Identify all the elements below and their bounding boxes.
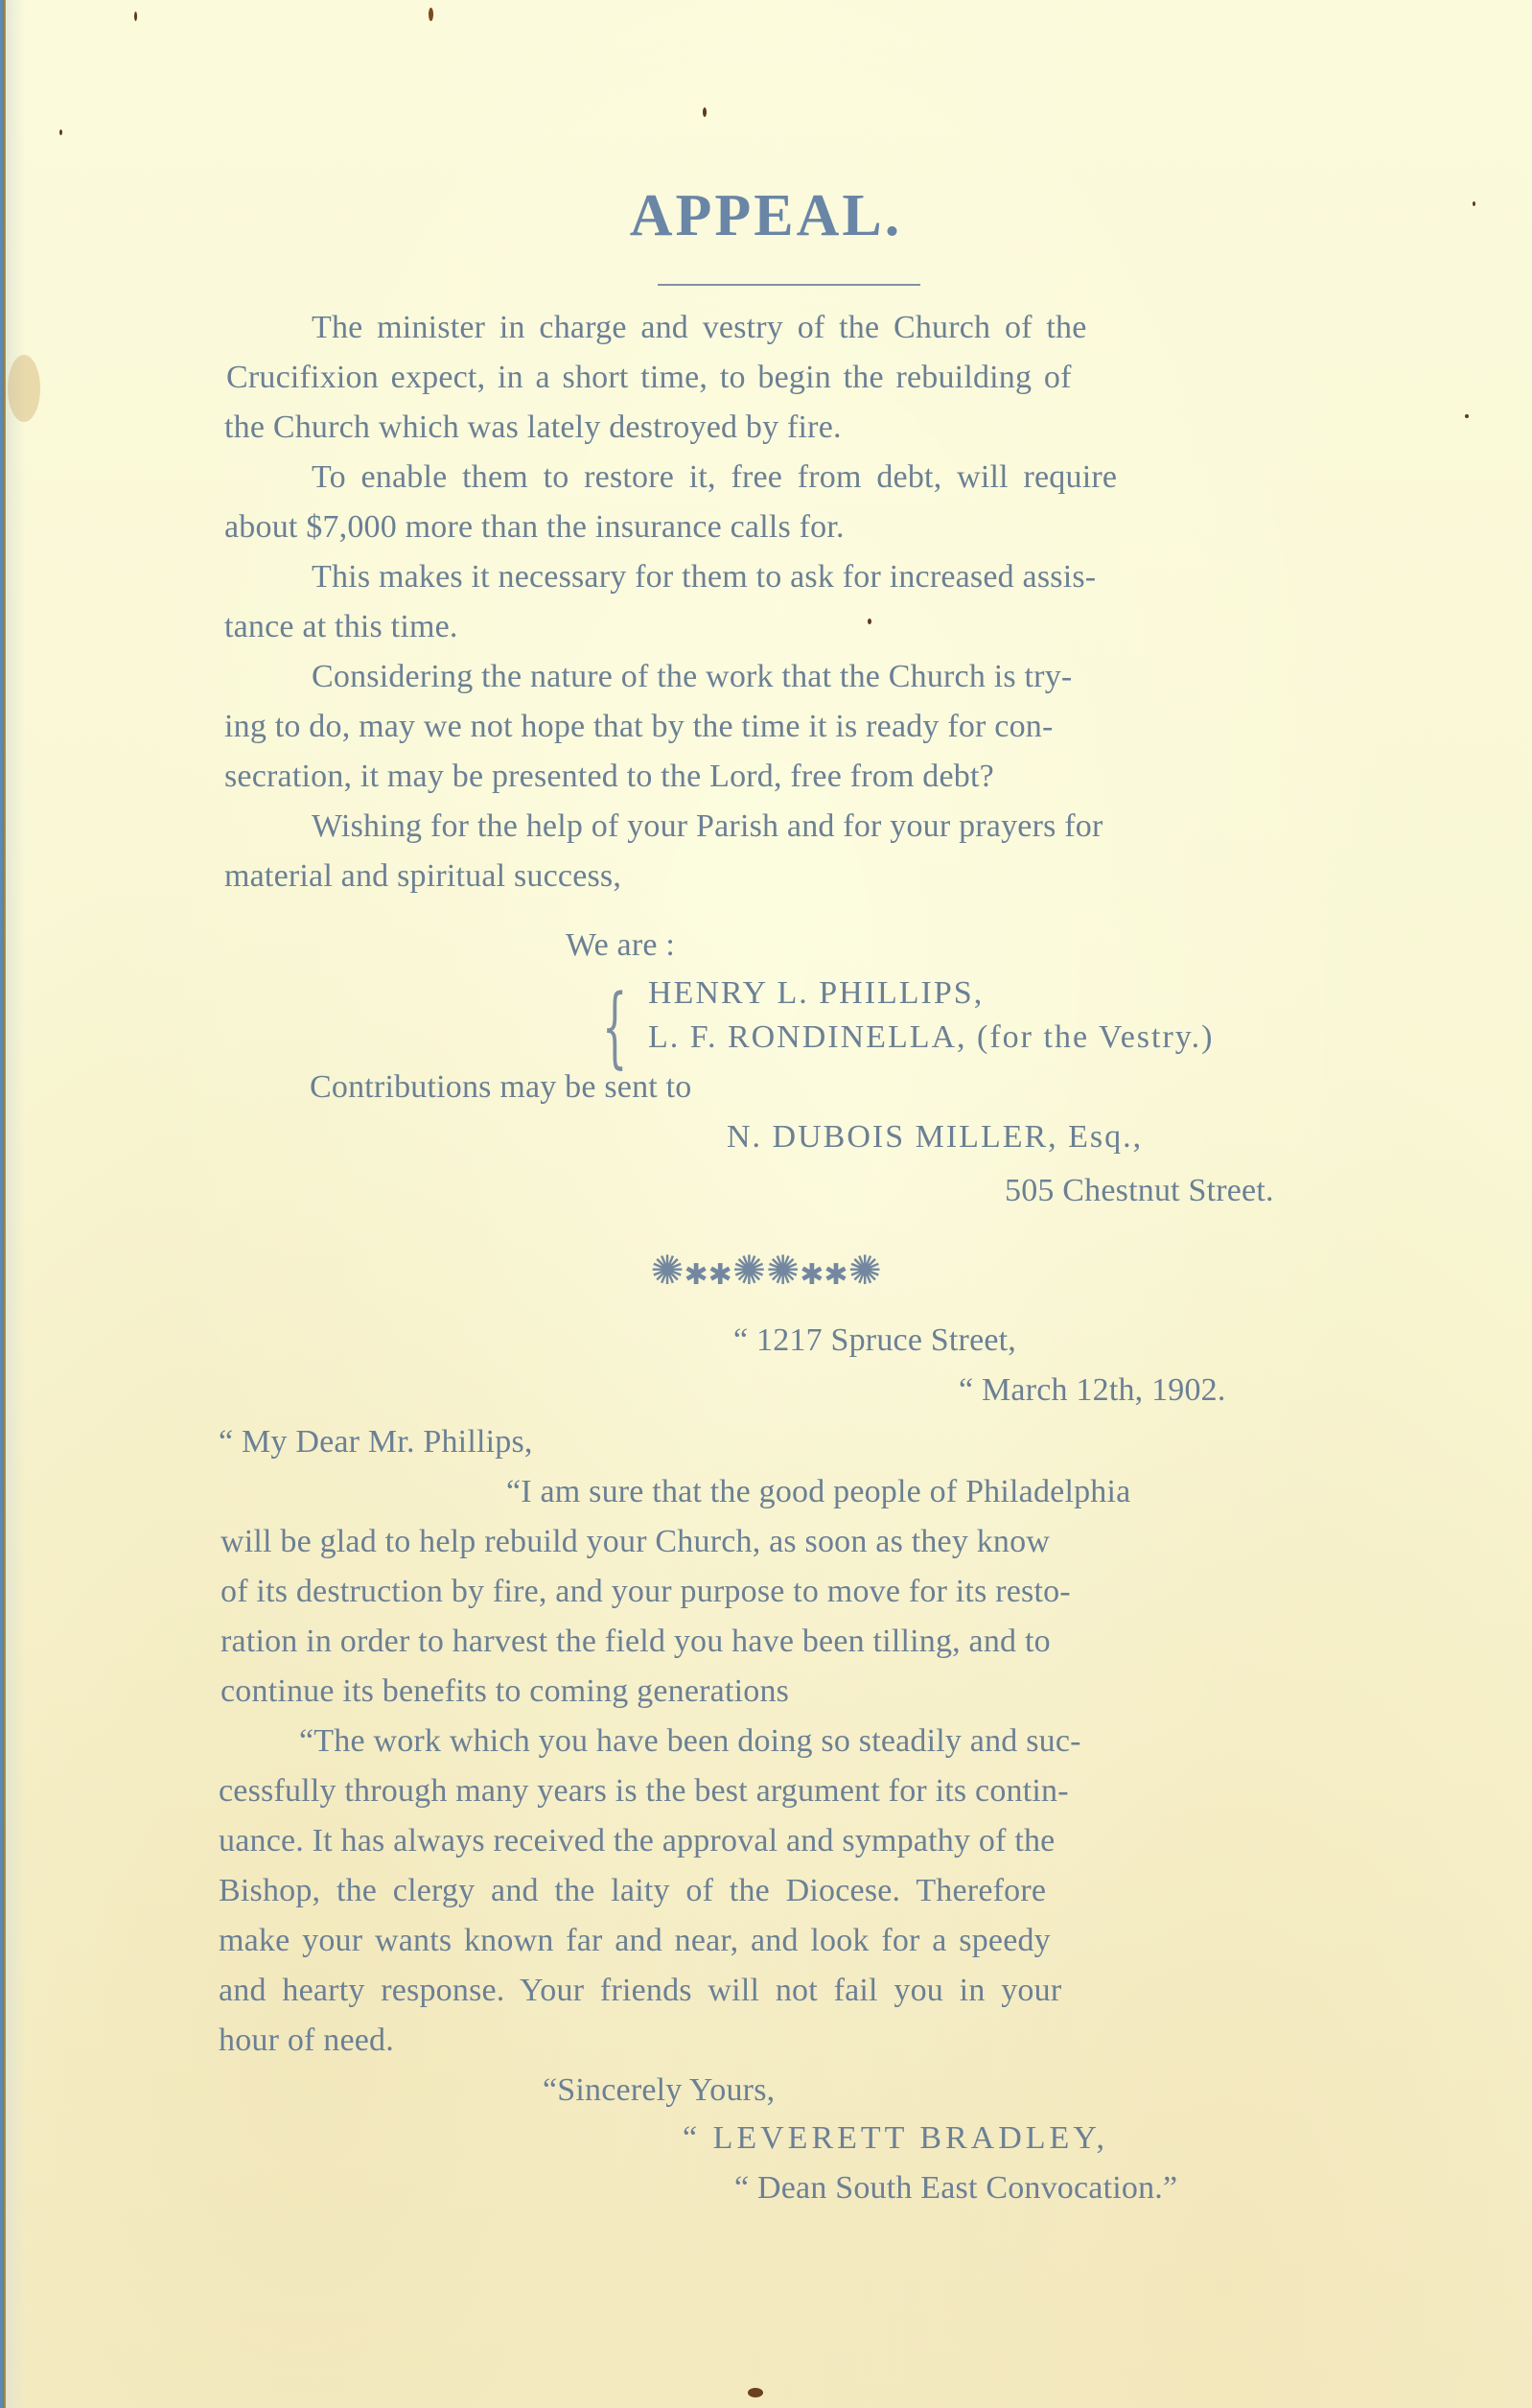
- paper-speck: [703, 107, 707, 117]
- letter-salutation: “ My Dear Mr. Phillips,: [219, 1423, 533, 1461]
- letter-text-line: make your wants known far and near, and …: [219, 1922, 1051, 1960]
- body-text-line: Wishing for the help of your Parish and …: [312, 807, 1103, 846]
- letter-text-line: uance. It has always received the approv…: [219, 1822, 1055, 1860]
- letter-text-line: ration in order to harvest the field you…: [221, 1623, 1051, 1661]
- ornament-asterisk-icon: ✱: [685, 1258, 708, 1292]
- paper-speck: [868, 619, 871, 624]
- treasurer-address: 505 Chestnut Street.: [1005, 1172, 1274, 1210]
- paper-speck: [59, 129, 62, 135]
- signatory-brace: {: [602, 983, 627, 1071]
- body-text-line: To enable them to restore it, free from …: [312, 458, 1117, 497]
- body-text-line: This makes it necessary for them to ask …: [312, 558, 1096, 596]
- letter-text-line: “I am sure that the good people of Phila…: [506, 1473, 1130, 1511]
- ornament-star-icon: ✺: [766, 1247, 800, 1294]
- letter-text-line: Bishop, the clergy and the laity of the …: [219, 1872, 1046, 1910]
- signatory-name: L. F. RONDINELLA, (for the Vestry.): [648, 1018, 1214, 1057]
- page-title: APPEAL.: [0, 182, 1532, 250]
- paper-speck: [1465, 414, 1469, 418]
- letter-text-line: will be glad to help rebuild your Church…: [221, 1523, 1050, 1561]
- contributions-label: Contributions may be sent to: [310, 1068, 691, 1107]
- letter-text-line: continue its benefits to coming generati…: [221, 1672, 789, 1711]
- letter-text-line: and hearty response. Your friends will n…: [219, 1972, 1061, 2010]
- paper-speck: [134, 12, 137, 21]
- title-underline-divider: [658, 284, 920, 286]
- ornament-star-icon: ✺: [732, 1247, 766, 1294]
- body-text-line: Considering the nature of the work that …: [312, 658, 1072, 696]
- signatory-name: HENRY L. PHILLIPS,: [648, 974, 984, 1013]
- ornament-star-icon: ✺: [650, 1247, 684, 1294]
- letter-text-line: cessfully through many years is the best…: [219, 1772, 1069, 1811]
- ornament-asterisk-icon: ✱: [824, 1258, 847, 1292]
- letter-address: “ 1217 Spruce Street,: [733, 1321, 1016, 1360]
- decorative-ornament-row: ✺✱✱✺✺✱✱✺: [0, 1247, 1532, 1294]
- body-text-line: Crucifixion expect, in a short time, to …: [226, 359, 1072, 397]
- ornament-asterisk-icon: ✱: [708, 1258, 732, 1292]
- paper-stain: [8, 355, 40, 422]
- body-text-line: tance at this time.: [224, 608, 458, 646]
- body-text-line: The minister in charge and vestry of the…: [312, 309, 1087, 347]
- letter-text-line: of its destruction by fire, and your pur…: [221, 1573, 1071, 1611]
- letter-signer-title: “ Dean South East Convocation.”: [734, 2169, 1177, 2208]
- letter-valediction: “Sincerely Yours,: [543, 2071, 775, 2110]
- paper-speck: [748, 2388, 763, 2397]
- letter-text-line: “The work which you have been doing so s…: [299, 1722, 1081, 1761]
- letter-signer: “ LEVERETT BRADLEY,: [683, 2119, 1108, 2158]
- ornament-star-icon: ✺: [847, 1247, 881, 1294]
- ornament-asterisk-icon: ✱: [800, 1258, 824, 1292]
- letter-date: “ March 12th, 1902.: [959, 1371, 1226, 1410]
- body-text-line: material and spiritual success,: [224, 857, 621, 896]
- body-text-line: the Church which was lately destroyed by…: [224, 409, 842, 447]
- closing-we-are: We are :: [566, 926, 675, 965]
- body-text-line: secration, it may be presented to the Lo…: [224, 758, 994, 796]
- body-text-line: about $7,000 more than the insurance cal…: [224, 508, 845, 547]
- body-text-line: ing to do, may we not hope that by the t…: [224, 708, 1054, 746]
- treasurer-name: N. DUBOIS MILLER, Esq.,: [727, 1118, 1143, 1157]
- paper-speck: [429, 8, 433, 21]
- letter-text-line: hour of need.: [219, 2022, 394, 2060]
